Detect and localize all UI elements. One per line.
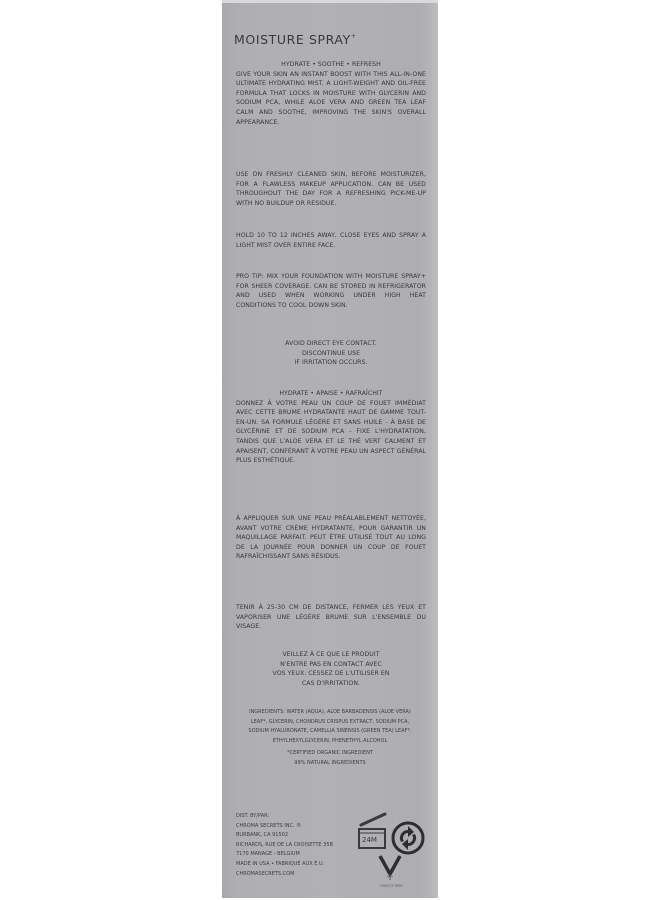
packaging-symbols: 24M CRUELTY FREE [355, 808, 430, 888]
address-line: DIST. BY/PAR: [236, 812, 364, 822]
address-line: BURBANK, CA 91502 [236, 831, 364, 841]
english-warning-line: DISCONTINUE USE [236, 349, 426, 359]
address-line: RICHARDS, RUE DE LA CROISETTE 35B [236, 841, 364, 851]
english-warning-line: AVOID DIRECT EYE CONTACT. [236, 339, 426, 349]
ingredients-note: 99% NATURAL INGREDIENTS [242, 759, 418, 769]
french-warning-line: CAS D'IRRITATION. [236, 679, 426, 689]
english-tagline: HYDRATE • SOOTHE • REFRESH [236, 60, 426, 70]
recycle-arrows-icon [390, 820, 426, 856]
english-warning: AVOID DIRECT EYE CONTACT. DISCONTINUE US… [236, 339, 426, 368]
french-warning-line: N'ENTRE PAS EN CONTACT AVEC [236, 660, 426, 670]
product-box-panel: MOISTURE SPRAY+ HYDRATE • SOOTHE • REFRE… [222, 0, 438, 898]
vegan-v-icon [375, 854, 405, 888]
french-description-block: HYDRATE • APAISE • RAFRAÎCHIT DONNEZ À V… [236, 389, 426, 466]
vegan-label: CRUELTY FREE [375, 884, 407, 888]
french-warning: VEILLEZ À CE QUE LE PRODUIT N'ENTRE PAS … [236, 650, 426, 688]
french-warning-line: VOS YEUX. CESSEZ DE L'UTILISER EN [236, 669, 426, 679]
address-line: 7170 MANAGE - BELGIUM [236, 850, 364, 860]
english-usage: USE ON FRESHLY CLEANED SKIN, BEFORE MOIS… [236, 170, 426, 208]
english-warning-line: IF IRRITATION OCCURS. [236, 358, 426, 368]
address-line: CHROMA SECRETS INC. ® [236, 822, 364, 832]
ingredients-note: *CERTIFIED ORGANIC INGREDIENT [242, 749, 418, 759]
english-directions: HOLD 10 TO 12 INCHES AWAY, CLOSE EYES AN… [236, 231, 426, 250]
french-usage: À APPLIQUER SUR UNE PEAU PRÉALABLEMENT N… [236, 514, 426, 562]
pao-label: 24M [362, 836, 377, 844]
address-line: CHROMASECRETS.COM [236, 870, 364, 880]
product-title: MOISTURE SPRAY+ [234, 32, 357, 47]
english-description-block: HYDRATE • SOOTHE • REFRESH GIVE YOUR SKI… [236, 60, 426, 127]
english-description: GIVE YOUR SKIN AN INSTANT BOOST WITH THI… [236, 70, 426, 128]
french-warning-line: VEILLEZ À CE QUE LE PRODUIT [236, 650, 426, 660]
english-pro-tip: PRO TIP: MIX YOUR FOUNDATION WITH MOISTU… [236, 272, 426, 310]
french-description: DONNEZ À VOTRE PEAU UN COUP DE FOUET IMM… [236, 399, 426, 466]
ingredients-block: INGREDIENTS: WATER (AQUA), ALOE BARBADEN… [242, 708, 418, 769]
ingredients-list: INGREDIENTS: WATER (AQUA), ALOE BARBADEN… [242, 708, 418, 746]
product-title-text: MOISTURE SPRAY [234, 32, 351, 47]
manufacturer-address: DIST. BY/PAR: CHROMA SECRETS INC. ® BURB… [236, 812, 364, 879]
french-tagline: HYDRATE • APAISE • RAFRAÎCHIT [236, 389, 426, 399]
product-title-mark: + [351, 33, 357, 40]
address-line: MADE IN USA • FABRIQUÉ AUX É.U. [236, 860, 364, 870]
french-directions: TENIR À 25-30 CM DE DISTANCE, FERMER LES… [236, 603, 426, 632]
